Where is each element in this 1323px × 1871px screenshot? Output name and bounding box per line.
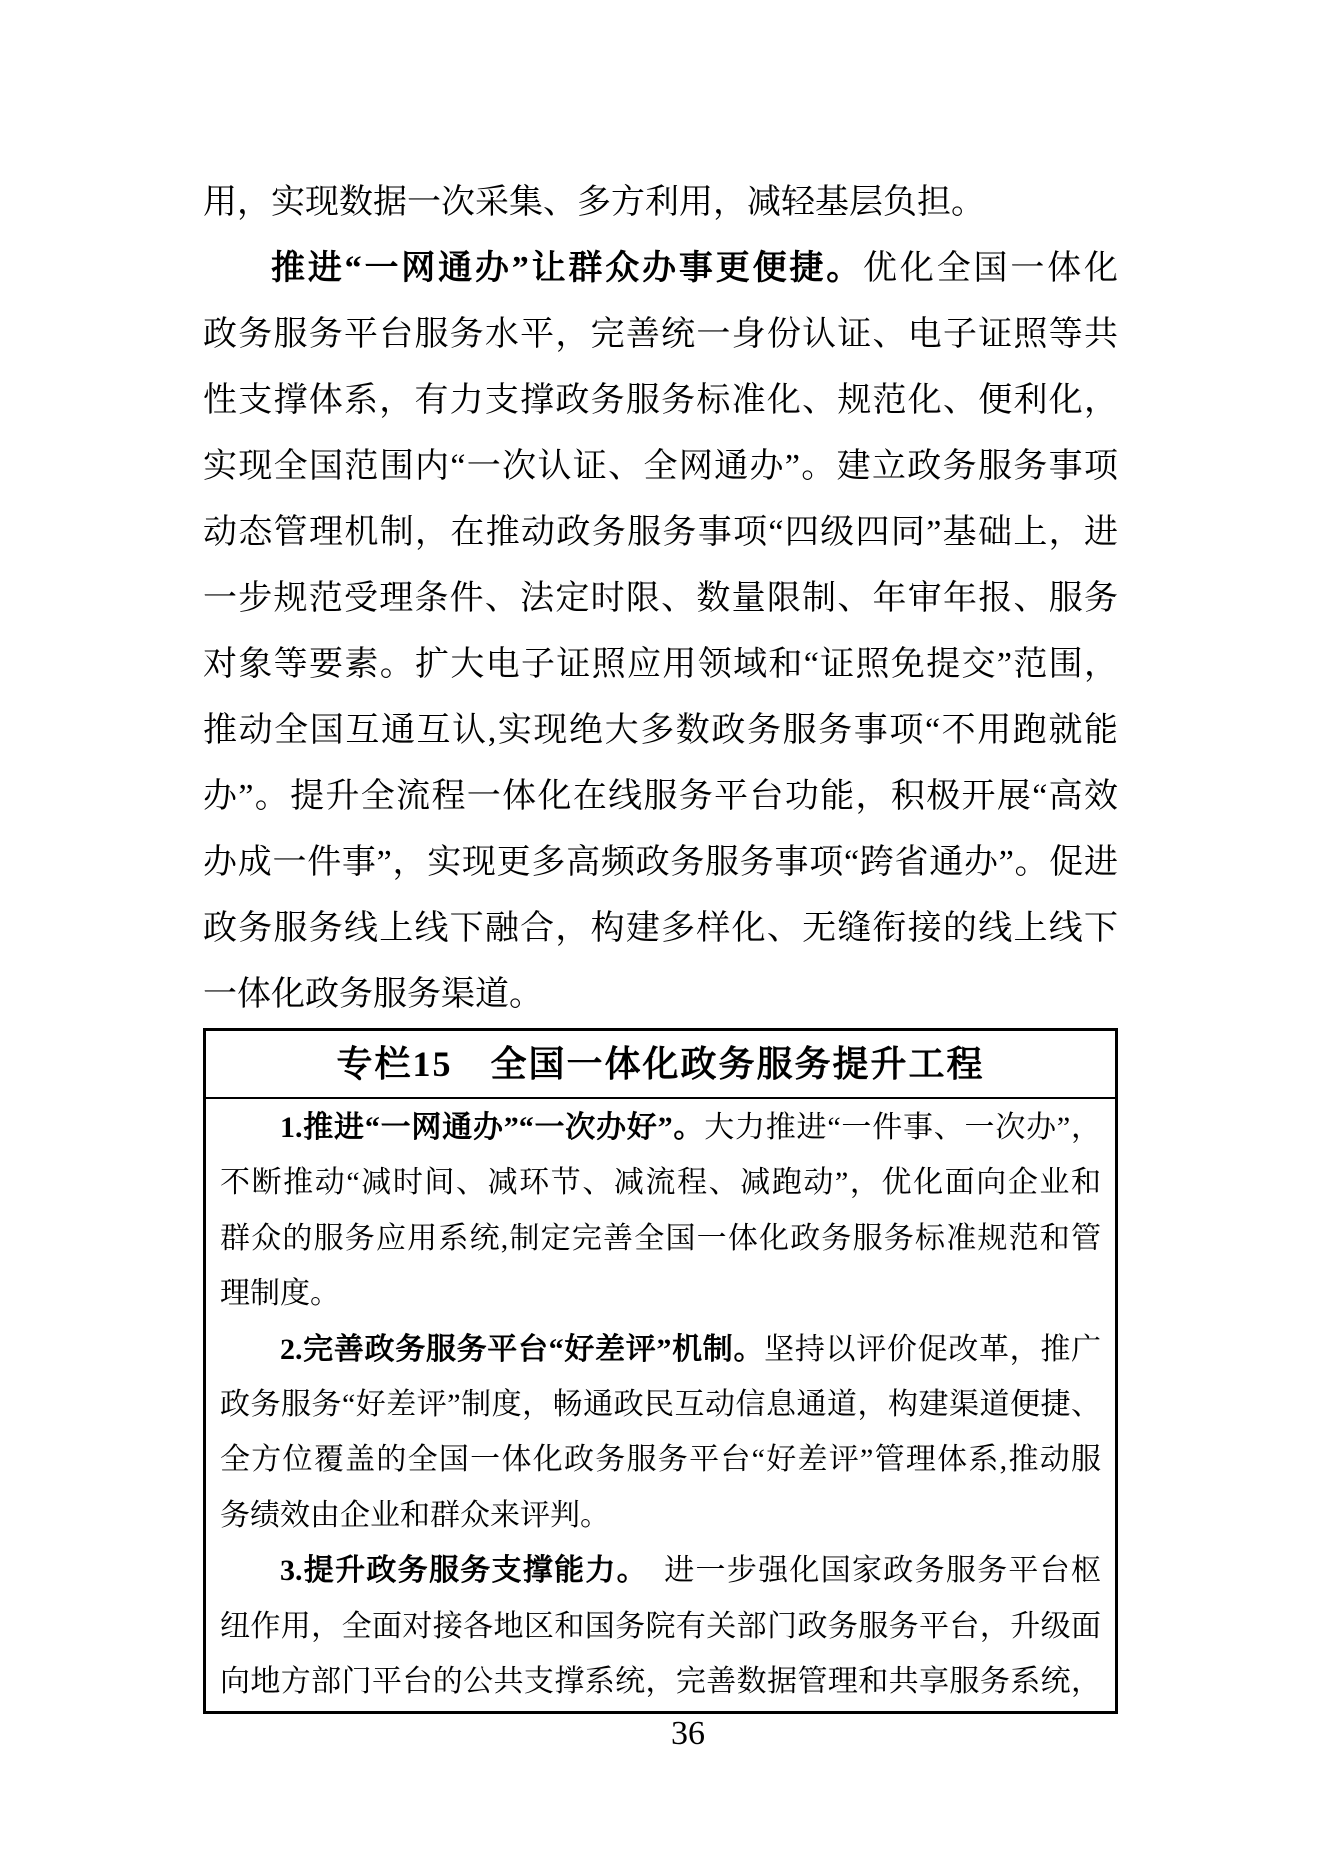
box-text-line: 全方位覆盖的全国一体化政务服务平台“好差评”管理体系,推动服 [220, 1432, 1101, 1487]
line-text: 政务服务“好差评”制度，畅通政民互动信息通道，构建渠道便捷、 [220, 1388, 1101, 1421]
text-line: 实现全国范围内“一次认证、全网通办”。建立政务服务事项 [203, 434, 1118, 500]
feature-box-title: 专栏15 全国一体化政务服务提升工程 [206, 1031, 1115, 1099]
line-text: 一体化政务服务渠道。 [203, 976, 543, 1013]
box-text-line: 3.提升政务服务支撑能力。 进一步强化国家政务服务平台枢 [220, 1543, 1101, 1598]
line-text: 纽作用，全面对接各地区和国务院有关部门政务服务平台，升级面 [220, 1610, 1101, 1643]
line-text: 群众的服务应用系统,制定完善全国一体化政务服务标准规范和管 [220, 1222, 1101, 1255]
line-text: 大力推进“一件事、一次办”， [704, 1111, 1101, 1144]
line-text: 性支撑体系，有力支撑政务服务标准化、规范化、便利化， [203, 382, 1118, 419]
line-text: 对象等要素。扩大电子证照应用领域和“证照免提交”范围， [203, 646, 1118, 683]
text-line: 一步规范受理条件、法定时限、数量限制、年审年报、服务 [203, 566, 1118, 632]
text-line: 性支撑体系，有力支撑政务服务标准化、规范化、便利化， [203, 368, 1118, 434]
text-line: 办成一件事”，实现更多高频政务服务事项“跨省通办”。促进 [203, 830, 1118, 896]
bold-lead-text: 2.完善政务服务平台“好差评”机制。 [280, 1333, 764, 1366]
bold-lead-text: 3.提升政务服务支撑能力。 [280, 1554, 633, 1587]
line-text: 理制度。 [220, 1277, 340, 1310]
line-text: 政务服务平台服务水平，完善统一身份认证、电子证照等共 [203, 316, 1118, 353]
text-line: 政务服务线上线下融合，构建多样化、无缝衔接的线上线下 [203, 896, 1118, 962]
line-text: 坚持以评价促改革，推广 [764, 1333, 1101, 1366]
box-text-line: 向地方部门平台的公共支撑系统，完善数据管理和共享服务系统， [220, 1654, 1101, 1709]
text-line: 用，实现数据一次采集、多方利用，减轻基层负担。 [203, 170, 1118, 236]
bold-lead-text: 1.推进“一网通办”“一次办好”。 [280, 1111, 704, 1144]
line-text: 全方位覆盖的全国一体化政务服务平台“好差评”管理体系,推动服 [220, 1443, 1101, 1476]
line-text: 办”。提升全流程一体化在线服务平台功能，积极开展“高效 [203, 778, 1118, 815]
text-line: 动态管理机制，在推动政务服务事项“四级四同”基础上，进 [203, 500, 1118, 566]
line-text: 不断推动“减时间、减环节、减流程、减跑动”，优化面向企业和 [220, 1166, 1101, 1199]
text-line: 对象等要素。扩大电子证照应用领域和“证照免提交”范围， [203, 632, 1118, 698]
line-text: 向地方部门平台的公共支撑系统，完善数据管理和共享服务系统， [220, 1665, 1101, 1698]
line-text: 动态管理机制，在推动政务服务事项“四级四同”基础上，进 [203, 514, 1118, 551]
body-text: 用，实现数据一次采集、多方利用，减轻基层负担。推进“一网通办”让群众办事更便捷。… [203, 170, 1118, 1028]
box-text-line: 群众的服务应用系统,制定完善全国一体化政务服务标准规范和管 [220, 1211, 1101, 1266]
line-text: 推动全国互通互认,实现绝大多数政务服务事项“不用跑就能 [203, 712, 1118, 749]
line-text: 进一步强化国家政务服务平台枢 [633, 1554, 1101, 1587]
feature-box-body: 1.推进“一网通办”“一次办好”。大力推进“一件事、一次办”，不断推动“减时间、… [206, 1099, 1115, 1711]
text-line: 一体化政务服务渠道。 [203, 962, 1118, 1028]
line-text: 政务服务线上线下融合，构建多样化、无缝衔接的线上线下 [203, 910, 1118, 947]
text-line: 推动全国互通互认,实现绝大多数政务服务事项“不用跑就能 [203, 698, 1118, 764]
feature-box: 专栏15 全国一体化政务服务提升工程 1.推进“一网通办”“一次办好”。大力推进… [203, 1028, 1118, 1714]
line-text: 优化全国一体化 [863, 250, 1118, 287]
box-text-line: 2.完善政务服务平台“好差评”机制。坚持以评价促改革，推广 [220, 1322, 1101, 1377]
line-text: 实现全国范围内“一次认证、全网通办”。建立政务服务事项 [203, 448, 1118, 485]
bold-lead-text: 推进“一网通办”让群众办事更便捷。 [271, 250, 863, 287]
text-line: 推进“一网通办”让群众办事更便捷。优化全国一体化 [203, 236, 1118, 302]
page-number: 36 [671, 1714, 705, 1754]
box-text-line: 不断推动“减时间、减环节、减流程、减跑动”，优化面向企业和 [220, 1155, 1101, 1210]
box-text-line: 1.推进“一网通办”“一次办好”。大力推进“一件事、一次办”， [220, 1100, 1101, 1155]
line-text: 一步规范受理条件、法定时限、数量限制、年审年报、服务 [203, 580, 1118, 617]
box-text-line: 务绩效由企业和群众来评判。 [220, 1488, 1101, 1543]
line-text: 务绩效由企业和群众来评判。 [220, 1499, 610, 1532]
box-text-line: 纽作用，全面对接各地区和国务院有关部门政务服务平台，升级面 [220, 1599, 1101, 1654]
text-line: 办”。提升全流程一体化在线服务平台功能，积极开展“高效 [203, 764, 1118, 830]
box-text-line: 政务服务“好差评”制度，畅通政民互动信息通道，构建渠道便捷、 [220, 1377, 1101, 1432]
box-text-line: 理制度。 [220, 1266, 1101, 1321]
line-text: 用，实现数据一次采集、多方利用，减轻基层负担。 [203, 184, 985, 221]
line-text: 办成一件事”，实现更多高频政务服务事项“跨省通办”。促进 [203, 844, 1118, 881]
document-page: 用，实现数据一次采集、多方利用，减轻基层负担。推进“一网通办”让群众办事更便捷。… [0, 0, 1323, 1871]
text-line: 政务服务平台服务水平，完善统一身份认证、电子证照等共 [203, 302, 1118, 368]
